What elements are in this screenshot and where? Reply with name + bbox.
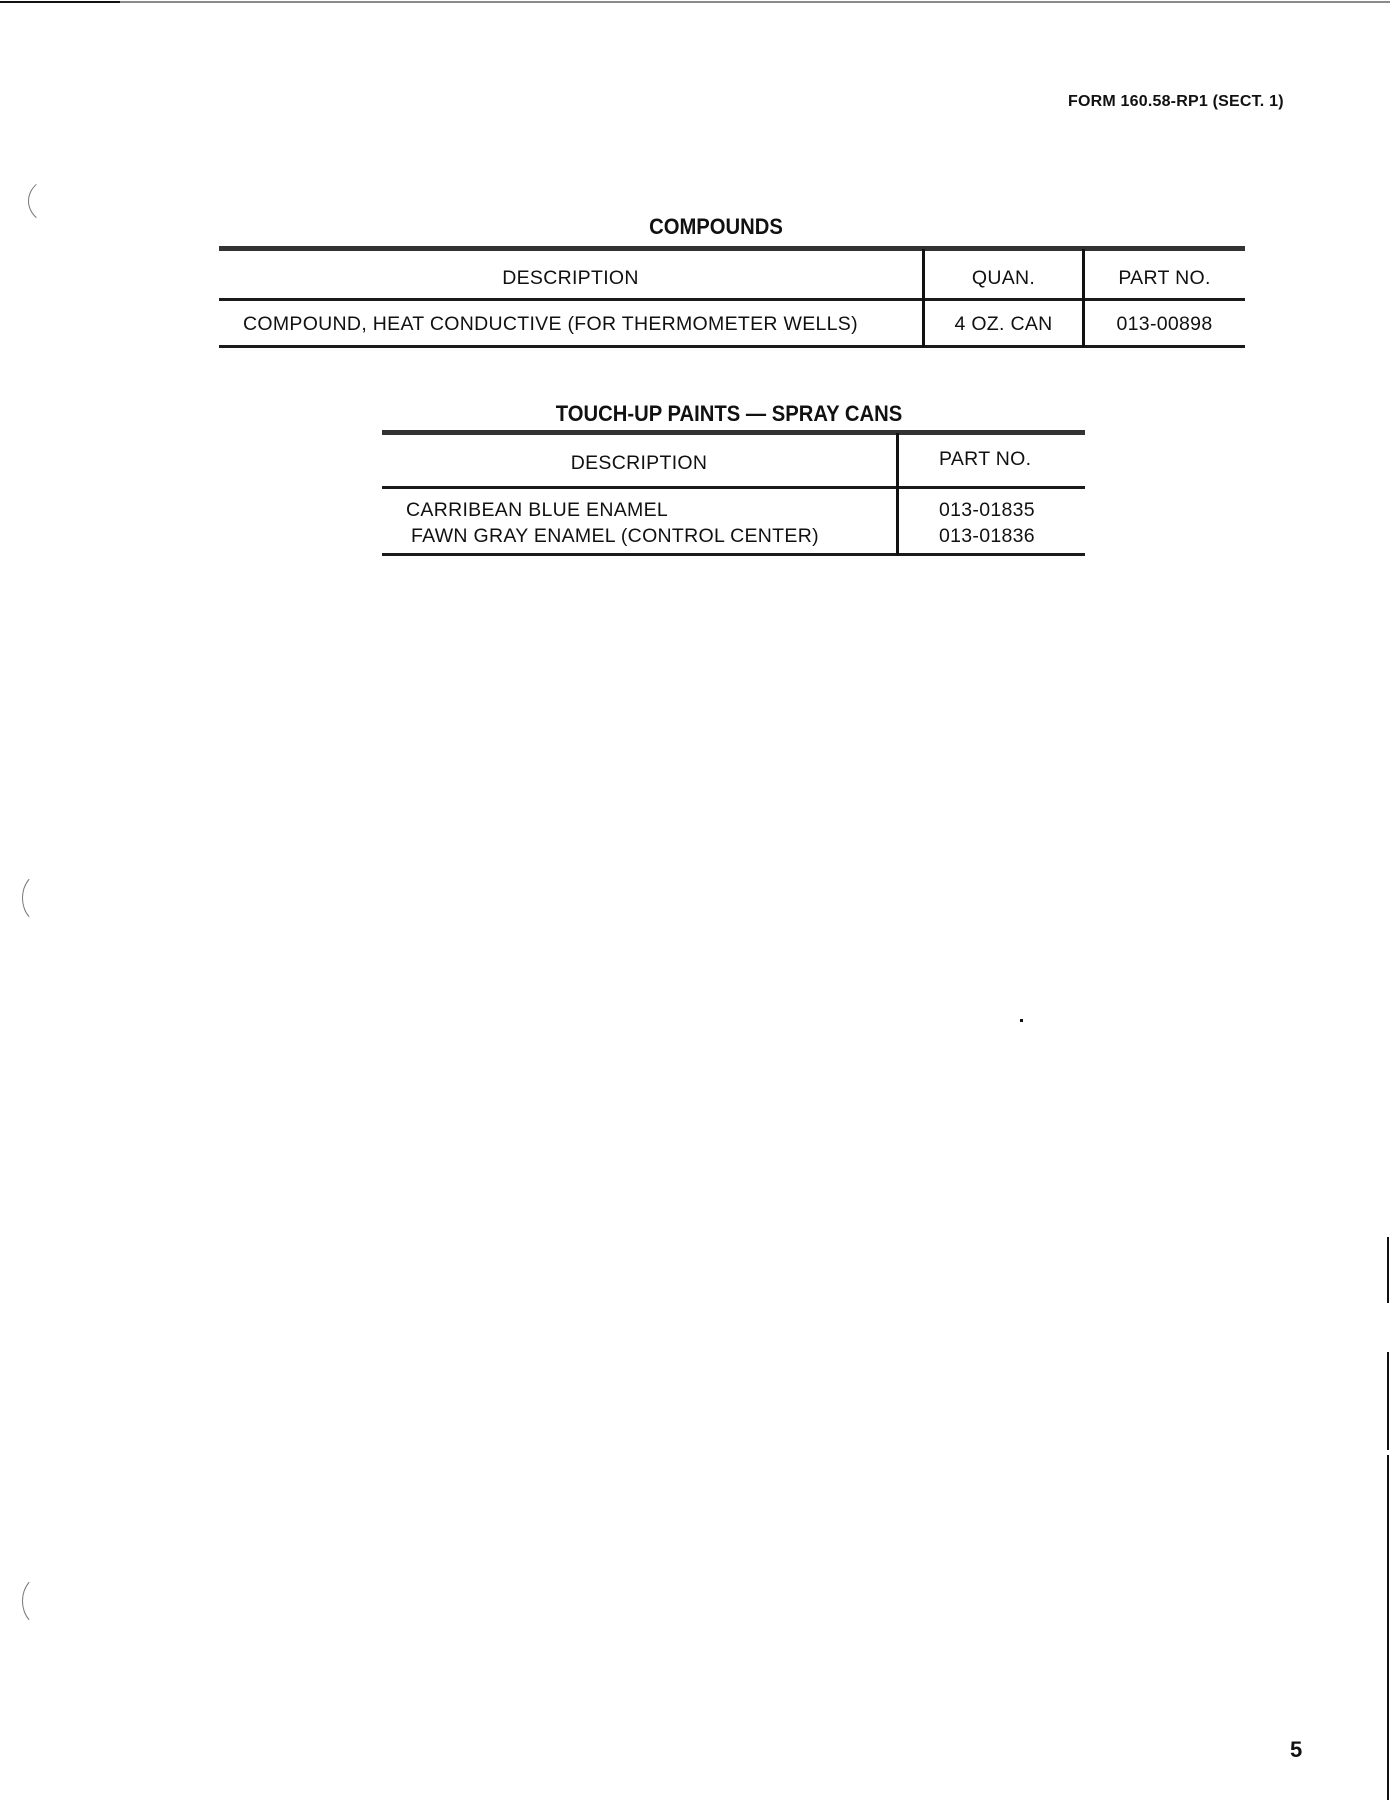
scan-right-edge: [1387, 1455, 1389, 1800]
table-top-rule: [382, 430, 1085, 435]
punch-hole-mark-middle: [22, 872, 64, 924]
column-divider: [896, 433, 899, 555]
table-header-rule: [219, 298, 1245, 301]
column-header-description: DESCRIPTION: [382, 452, 896, 475]
table-bottom-rule: [382, 553, 1085, 556]
row-description: FAWN GRAY ENAMEL (CONTROL CENTER): [411, 525, 819, 548]
row-description: COMPOUND, HEAT CONDUCTIVE (FOR THERMOMET…: [243, 313, 858, 336]
scan-right-edge: [1387, 1237, 1389, 1303]
row-part-no: 013-00898: [1085, 313, 1244, 336]
table-header-rule: [382, 486, 1085, 489]
touch-up-paints-title: TOUCH-UP PAINTS — SPRAY CANS: [504, 401, 955, 427]
scan-top-edge: [0, 1, 120, 3]
punch-hole-mark-top: [28, 176, 88, 226]
table-top-rule: [219, 246, 1245, 251]
row-part-no: 013-01835: [939, 499, 1035, 522]
stray-mark: [1020, 1019, 1023, 1022]
punch-hole-mark-bottom: [22, 1575, 64, 1627]
compounds-title: COMPOUNDS: [578, 214, 854, 240]
column-header-part-no: PART NO.: [1085, 267, 1244, 290]
table-bottom-rule: [219, 345, 1245, 348]
row-quantity: 4 OZ. CAN: [925, 313, 1082, 336]
page-number: 5: [1290, 1737, 1302, 1763]
scan-right-edge: [1387, 1352, 1389, 1450]
column-header-description: DESCRIPTION: [219, 267, 922, 290]
column-header-part-no: PART NO.: [939, 448, 1031, 471]
form-number: FORM 160.58-RP1 (SECT. 1): [1068, 93, 1284, 111]
row-description: CARRIBEAN BLUE ENAMEL: [406, 499, 668, 522]
column-header-quantity: QUAN.: [925, 267, 1082, 290]
scan-top-edge-light: [120, 1, 1390, 3]
row-part-no: 013-01836: [939, 525, 1035, 548]
